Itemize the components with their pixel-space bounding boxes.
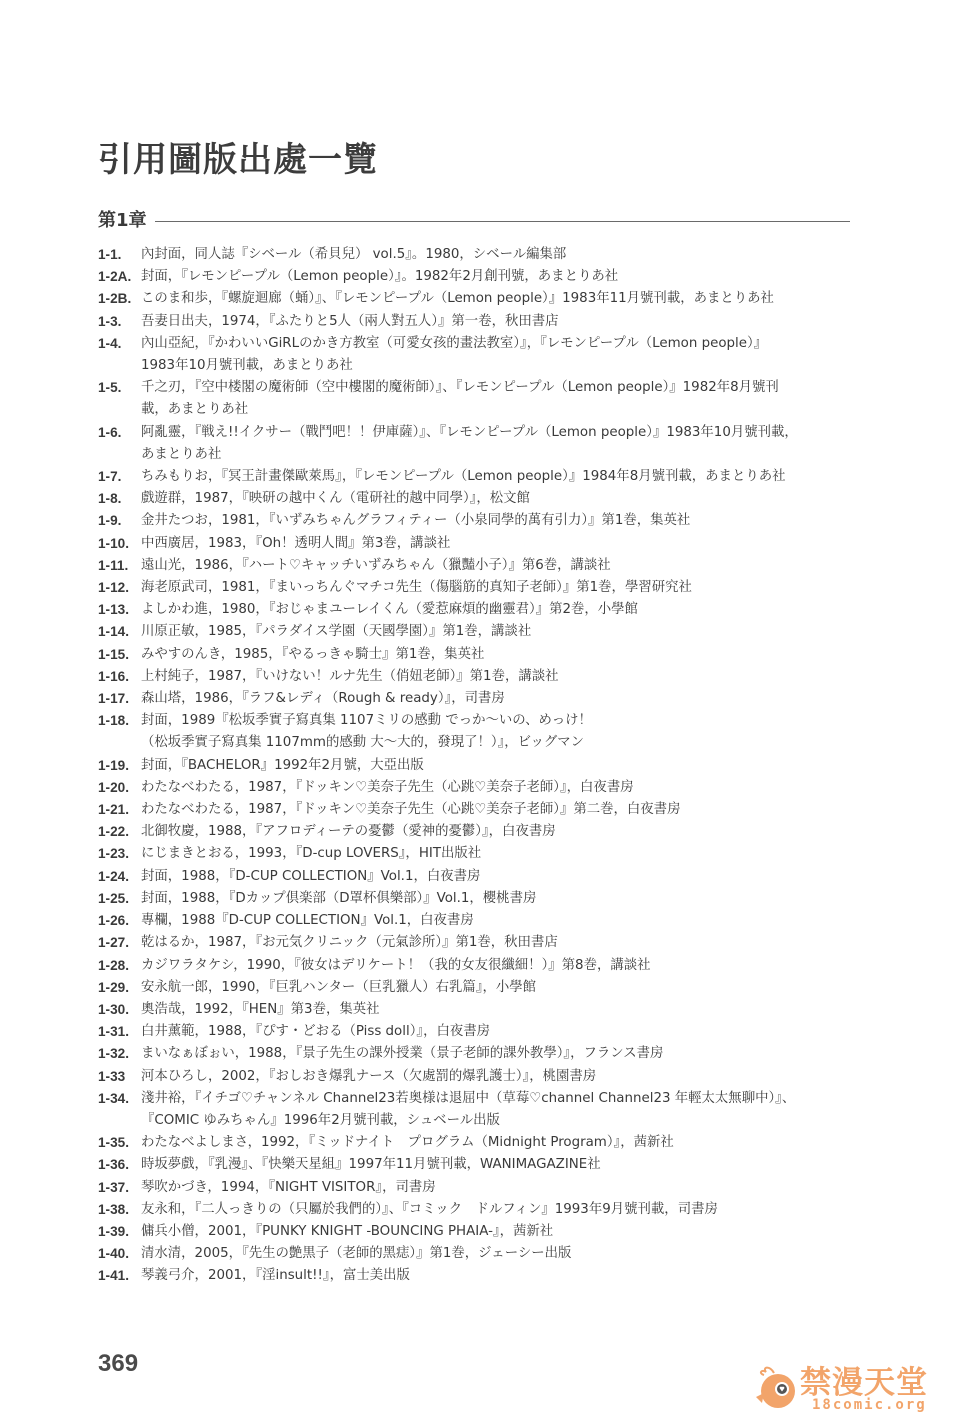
citation-text: 琴吹かづき，1994，『NIGHT VISITOR』，司書房 <box>141 1177 868 1199</box>
citation-number: 1-40. <box>98 1243 141 1265</box>
citation-entry: 1-8.戲遊群，1987，『映研の越中くん（電研社的越中同學）』，松文館 <box>98 488 868 510</box>
citation-number: 1-35. <box>98 1132 141 1154</box>
citation-entry: 1-4.內山亞紀，『かわいいGiRLのかき方教室（可愛女孩的畫法教室）』，『レモ… <box>98 333 868 377</box>
citation-number: 1-38. <box>98 1199 141 1221</box>
citation-text: このま和歩，『螺旋迴廊（蛹）』、『レモンピープル（Lemon people）』1… <box>141 288 868 310</box>
citation-entry: 1-23.にじまきとおる，1993，『D-cup LOVERS』，HIT出版社 <box>98 843 868 865</box>
citation-number: 1-39. <box>98 1221 141 1243</box>
citation-number: 1-6. <box>98 422 141 466</box>
citation-number: 1-3. <box>98 311 141 333</box>
citation-number: 1-32. <box>98 1043 141 1065</box>
citation-text: わたなべわたる，1987，『ドッキン♡美奈子先生（心跳♡美奈子老師）』第二巻，白… <box>141 799 868 821</box>
citation-text: まいなぁぼぉい，1988，『景子先生の課外授業（景子老師的課外教學）』，フランス… <box>141 1043 868 1065</box>
citation-entry: 1-2B.このま和歩，『螺旋迴廊（蛹）』、『レモンピープル（Lemon peop… <box>98 288 868 310</box>
citation-number: 1-28. <box>98 955 141 977</box>
mascot-icon <box>752 1363 802 1409</box>
citation-entry: 1-28.カジワラタケシ，1990，『彼女はデリケート！（我的女友很纖細！）』第… <box>98 955 868 977</box>
citation-entry: 1-9.金井たつお，1981，『いずみちゃんグラフィティー（小泉同學的萬有引力）… <box>98 510 868 532</box>
watermark-url: 18comic.org <box>812 1397 927 1413</box>
citation-text: 時坂夢戲，『乳漫』、『快樂天星組』1997年11月號刊載，WANIMAGAZIN… <box>141 1154 868 1176</box>
citation-text: 專欄，1988『D-CUP COLLECTION』Vol.1，白夜書房 <box>141 910 868 932</box>
citation-number: 1-30. <box>98 999 141 1021</box>
citation-number: 1-11. <box>98 555 141 577</box>
citation-text: 吾妻日出夫，1974，『ふたりと5人（兩人對五人）』第一卷，秋田書店 <box>141 311 868 333</box>
page-number: 369 <box>98 1350 138 1378</box>
citation-text: 海老原武司，1981，『まいっちんぐマチコ先生（傷腦筋的真知子老師）』第1巻，學… <box>141 577 868 599</box>
citation-number: 1-31. <box>98 1021 141 1043</box>
citation-entry: 1-15.みやすのんき，1985，『やるっきゃ騎士』第1巻，集英社 <box>98 644 868 666</box>
citation-number: 1-12. <box>98 577 141 599</box>
citation-number: 1-20. <box>98 777 141 799</box>
page-title: 引用圖版出處一覽 <box>98 132 378 181</box>
citation-entry: 1-22.北御牧慶，1988，『アフロディーテの憂鬱（愛神的憂鬱）』，白夜書房 <box>98 821 868 843</box>
citation-text: 川原正敏，1985，『パラダイス学園（天國學園）』第1巻，講談社 <box>141 621 868 643</box>
citation-text: 琴義弓介，2001，『淫insult!!』，富士美出版 <box>141 1265 868 1287</box>
citation-entry: 1-34.淺井裕，『イチゴ♡チャンネル Channel23若奥様は退屈中（草莓♡… <box>98 1088 868 1132</box>
citation-text: わたなべよしまさ，1992，『ミッドナイト プログラム（Midnight Pro… <box>141 1132 868 1154</box>
citation-entry: 1-14.川原正敏，1985，『パラダイス学園（天國學園）』第1巻，講談社 <box>98 621 868 643</box>
citation-entry: 1-24.封面，1988，『D-CUP COLLECTION』Vol.1，白夜書… <box>98 866 868 888</box>
citation-number: 1-29. <box>98 977 141 999</box>
citation-entry: 1-33河本ひろし，2002，『おしおき爆乳ナース（欠處罰的爆乳護士）』，桃園書… <box>98 1066 868 1088</box>
citation-entry: 1-32.まいなぁぼぉい，1988，『景子先生の課外授業（景子老師的課外教學）』… <box>98 1043 868 1065</box>
citation-number: 1-36. <box>98 1154 141 1176</box>
citation-number: 1-27. <box>98 932 141 954</box>
citation-text: 戲遊群，1987，『映研の越中くん（電研社的越中同學）』，松文館 <box>141 488 868 510</box>
citation-text: 友永和，『二人っきりの（只屬於我們的）』、『コミック ドルフィン』1993年9月… <box>141 1199 868 1221</box>
citation-text: 內山亞紀，『かわいいGiRLのかき方教室（可愛女孩的畫法教室）』，『レモンピープ… <box>141 333 868 377</box>
citation-entry: 1-21.わたなべわたる，1987，『ドッキン♡美奈子先生（心跳♡美奈子老師）』… <box>98 799 868 821</box>
citation-text: 安永航一郎，1990，『巨乳ハンター（巨乳獵人）右乳篇』，小學館 <box>141 977 868 999</box>
citation-entry: 1-36.時坂夢戲，『乳漫』、『快樂天星組』1997年11月號刊載，WANIMA… <box>98 1154 868 1176</box>
citation-entry: 1-40.清水清，2005，『先生の艶黒子（老師的黑痣）』第1巻，ジェーシー出版 <box>98 1243 868 1265</box>
citation-number: 1-37. <box>98 1177 141 1199</box>
citation-text: カジワラタケシ，1990，『彼女はデリケート！（我的女友很纖細！）』第8巻，講談… <box>141 955 868 977</box>
citation-entry: 1-39.傭兵小僧，2001，『PUNKY KNIGHT -BOUNCING P… <box>98 1221 868 1243</box>
citation-text: 森山塔，1986，『ラフ&レディ（Rough & ready）』，司書房 <box>141 688 868 710</box>
citation-text: 清水清，2005，『先生の艶黒子（老師的黑痣）』第1巻，ジェーシー出版 <box>141 1243 868 1265</box>
citation-number: 1-1. <box>98 244 141 266</box>
citation-number: 1-8. <box>98 488 141 510</box>
citation-entry: 1-3.吾妻日出夫，1974，『ふたりと5人（兩人對五人）』第一卷，秋田書店 <box>98 311 868 333</box>
citation-entry: 1-13.よしかわ進，1980，『おじゃまユーレイくん（愛惹麻煩的幽靈君）』第2… <box>98 599 868 621</box>
citation-entry: 1-20.わたなべわたる，1987，『ドッキン♡美奈子先生（心跳♡美奈子老師）』… <box>98 777 868 799</box>
citation-entry: 1-2A.封面，『レモンピープル（Lemon people）』。1982年2月創… <box>98 266 868 288</box>
citation-number: 1-22. <box>98 821 141 843</box>
citation-entry: 1-41.琴義弓介，2001，『淫insult!!』，富士美出版 <box>98 1265 868 1287</box>
citation-number: 1-2A. <box>98 266 141 288</box>
citation-number: 1-17. <box>98 688 141 710</box>
citation-text: 淺井裕，『イチゴ♡チャンネル Channel23若奥様は退屈中（草莓♡chann… <box>141 1088 868 1132</box>
citation-text: 傭兵小僧，2001，『PUNKY KNIGHT -BOUNCING PHAIA-… <box>141 1221 868 1243</box>
citation-text: 封面，『レモンピープル（Lemon people）』。1982年2月創刊號，あま… <box>141 266 868 288</box>
citation-number: 1-33 <box>98 1066 141 1088</box>
citation-text: 千之刃，『空中楼閣の魔術師（空中樓閣的魔術師）』、『レモンピープル（Lemon … <box>141 377 868 421</box>
citation-number: 1-5. <box>98 377 141 421</box>
citation-text: 內封面，同人誌『シベール（希貝兒） vol.5』。1980，シベール編集部 <box>141 244 868 266</box>
citation-entry: 1-17.森山塔，1986，『ラフ&レディ（Rough & ready）』，司書… <box>98 688 868 710</box>
citation-entry: 1-29.安永航一郎，1990，『巨乳ハンター（巨乳獵人）右乳篇』，小學館 <box>98 977 868 999</box>
citation-number: 1-14. <box>98 621 141 643</box>
citation-number: 1-34. <box>98 1088 141 1132</box>
citation-entry: 1-35.わたなべよしまさ，1992，『ミッドナイト プログラム（Midnigh… <box>98 1132 868 1154</box>
citation-entry: 1-19.封面，『BACHELOR』1992年2月號，大亞出版 <box>98 755 868 777</box>
watermark-logo: 禁漫天堂 18comic.org <box>752 1355 952 1417</box>
citation-number: 1-23. <box>98 843 141 865</box>
citation-text: よしかわ進，1980，『おじゃまユーレイくん（愛惹麻煩的幽靈君）』第2巻，小學館 <box>141 599 868 621</box>
citation-entry: 1-25.封面，1988，『Dカップ倶楽部（D罩杯俱樂部）』Vol.1，櫻桃書房 <box>98 888 868 910</box>
citation-entry: 1-6.阿亂靈，『戦え!!イクサー（戰鬥吧！！伊庫薩）』、『レモンピープル（Le… <box>98 422 868 466</box>
citation-text: ちみもりお，『冥王計畫傑歐萊馬』，『レモンピープル（Lemon people）』… <box>141 466 868 488</box>
citation-entry: 1-31.白井薰範，1988，『ぴす・どおる（Piss doll）』，白夜書房 <box>98 1021 868 1043</box>
watermark-title: 禁漫天堂 <box>800 1357 928 1402</box>
citation-entry: 1-26.專欄，1988『D-CUP COLLECTION』Vol.1，白夜書房 <box>98 910 868 932</box>
citation-number: 1-21. <box>98 799 141 821</box>
chapter-label: 第1章 <box>98 206 147 232</box>
citation-number: 1-16. <box>98 666 141 688</box>
citation-entry: 1-16.上村純子，1987，『いけない！ルナ先生（俏妞老師）』第1巻，講談社 <box>98 666 868 688</box>
citation-number: 1-15. <box>98 644 141 666</box>
citation-text: 乾はるか，1987，『お元気クリニック（元氣診所）』第1巻，秋田書店 <box>141 932 868 954</box>
citation-entry: 1-7.ちみもりお，『冥王計畫傑歐萊馬』，『レモンピープル（Lemon peop… <box>98 466 868 488</box>
citation-text: 封面，1989『松坂季實子寫真集 1107ミリの感動 でっか～いの、めっけ！ （… <box>141 710 868 754</box>
citation-entry: 1-12.海老原武司，1981，『まいっちんぐマチコ先生（傷腦筋的真知子老師）』… <box>98 577 868 599</box>
citation-number: 1-7. <box>98 466 141 488</box>
citation-entry: 1-27.乾はるか，1987，『お元気クリニック（元氣診所）』第1巻，秋田書店 <box>98 932 868 954</box>
citation-entry: 1-1.內封面，同人誌『シベール（希貝兒） vol.5』。1980，シベール編集… <box>98 244 868 266</box>
citation-number: 1-25. <box>98 888 141 910</box>
citation-list: 1-1.內封面，同人誌『シベール（希貝兒） vol.5』。1980，シベール編集… <box>98 244 868 1288</box>
citation-text: 中西廣居，1983，『Oh！透明人間』第3巻，講談社 <box>141 533 868 555</box>
citation-entry: 1-18.封面，1989『松坂季實子寫真集 1107ミリの感動 でっか～いの、め… <box>98 710 868 754</box>
citation-number: 1-19. <box>98 755 141 777</box>
citation-entry: 1-37.琴吹かづき，1994，『NIGHT VISITOR』，司書房 <box>98 1177 868 1199</box>
citation-text: 河本ひろし，2002，『おしおき爆乳ナース（欠處罰的爆乳護士）』，桃園書房 <box>141 1066 868 1088</box>
citation-text: 遠山光，1986，『ハート♡キャッチいずみちゃん（獵豔小子）』第6巻，講談社 <box>141 555 868 577</box>
citation-text: 白井薰範，1988，『ぴす・どおる（Piss doll）』，白夜書房 <box>141 1021 868 1043</box>
citation-text: みやすのんき，1985，『やるっきゃ騎士』第1巻，集英社 <box>141 644 868 666</box>
citation-number: 1-2B. <box>98 288 141 310</box>
citation-text: 封面，1988，『Dカップ倶楽部（D罩杯俱樂部）』Vol.1，櫻桃書房 <box>141 888 868 910</box>
citation-text: にじまきとおる，1993，『D-cup LOVERS』，HIT出版社 <box>141 843 868 865</box>
chapter-divider <box>155 221 850 222</box>
citation-entry: 1-10.中西廣居，1983，『Oh！透明人間』第3巻，講談社 <box>98 533 868 555</box>
citation-text: 北御牧慶，1988，『アフロディーテの憂鬱（愛神的憂鬱）』，白夜書房 <box>141 821 868 843</box>
citation-text: 封面，『BACHELOR』1992年2月號，大亞出版 <box>141 755 868 777</box>
citation-text: 阿亂靈，『戦え!!イクサー（戰鬥吧！！伊庫薩）』、『レモンピープル（Lemon … <box>141 422 868 466</box>
citation-number: 1-18. <box>98 710 141 754</box>
citation-number: 1-9. <box>98 510 141 532</box>
citation-number: 1-24. <box>98 866 141 888</box>
citation-text: 上村純子，1987，『いけない！ルナ先生（俏妞老師）』第1巻，講談社 <box>141 666 868 688</box>
citation-entry: 1-38.友永和，『二人っきりの（只屬於我們的）』、『コミック ドルフィン』19… <box>98 1199 868 1221</box>
citation-number: 1-10. <box>98 533 141 555</box>
citation-number: 1-26. <box>98 910 141 932</box>
citation-entry: 1-11.遠山光，1986，『ハート♡キャッチいずみちゃん（獵豔小子）』第6巻，… <box>98 555 868 577</box>
citation-number: 1-13. <box>98 599 141 621</box>
chapter-heading: 第1章 <box>98 205 850 233</box>
citation-number: 1-41. <box>98 1265 141 1287</box>
citation-number: 1-4. <box>98 333 141 377</box>
citation-text: わたなべわたる，1987，『ドッキン♡美奈子先生（心跳♡美奈子老師）』，白夜書房 <box>141 777 868 799</box>
citation-text: 封面，1988，『D-CUP COLLECTION』Vol.1，白夜書房 <box>141 866 868 888</box>
citation-entry: 1-5.千之刃，『空中楼閣の魔術師（空中樓閣的魔術師）』、『レモンピープル（Le… <box>98 377 868 421</box>
citation-text: 金井たつお，1981，『いずみちゃんグラフィティー（小泉同學的萬有引力）』第1巻… <box>141 510 868 532</box>
citation-entry: 1-30.奧浩哉，1992，『HEN』第3巻，集英社 <box>98 999 868 1021</box>
citation-text: 奧浩哉，1992，『HEN』第3巻，集英社 <box>141 999 868 1021</box>
